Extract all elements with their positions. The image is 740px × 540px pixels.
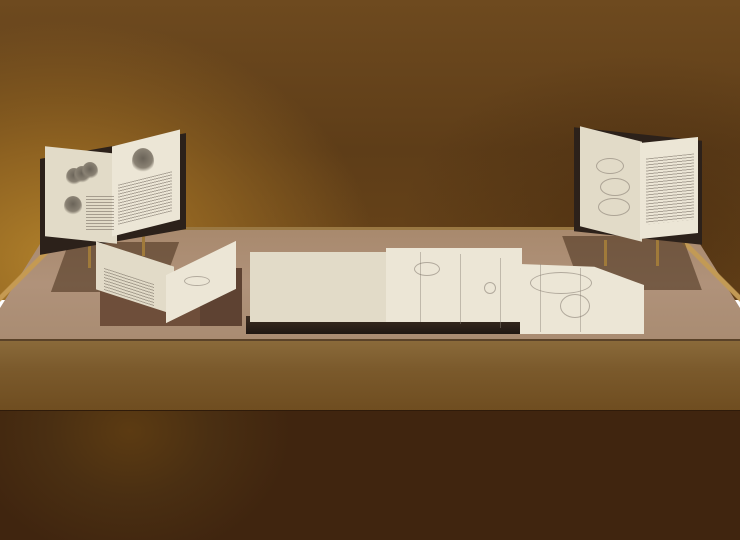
text-block <box>86 196 114 230</box>
engraved-portrait <box>82 162 98 180</box>
floor <box>0 411 740 540</box>
right-stand-rod <box>604 240 607 266</box>
text-block <box>646 153 694 224</box>
engraved-portrait <box>64 196 82 216</box>
display-case-front <box>0 341 740 411</box>
right-page <box>386 248 522 322</box>
map-grid-line <box>500 258 501 328</box>
map-drawing <box>484 282 496 294</box>
map-grid-line <box>460 254 461 324</box>
sketch <box>184 276 210 286</box>
engraved-portrait <box>132 148 154 174</box>
left-page <box>250 252 386 322</box>
right-stand-rod <box>656 238 659 266</box>
map-drawing <box>560 294 590 318</box>
map-illustration <box>598 198 630 216</box>
map-illustration <box>596 158 624 174</box>
map-drawing <box>530 272 592 294</box>
map-illustration <box>600 178 630 196</box>
museum-display-scene <box>0 0 740 540</box>
map-drawing <box>414 262 440 276</box>
